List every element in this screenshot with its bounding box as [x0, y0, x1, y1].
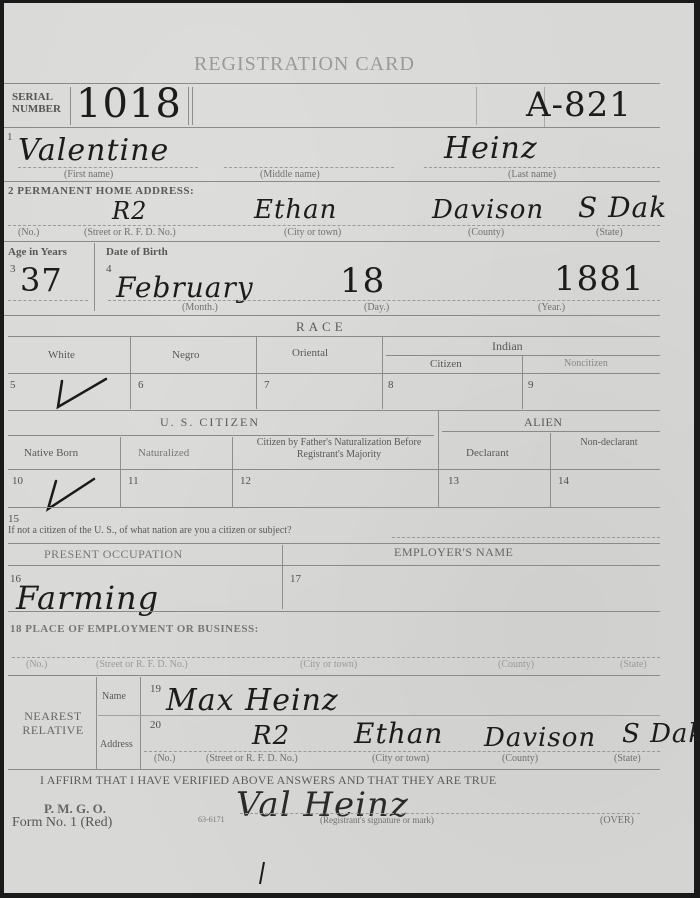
- race-col-indian-citizen: Citizen: [430, 358, 462, 370]
- alien-col-nondeclarant: Non-declarant: [574, 437, 644, 449]
- address-city-caption: (City or town): [284, 227, 341, 238]
- address-county-value: Davison: [432, 195, 544, 225]
- citizen-col-by-father: Citizen by Father's Naturalization Befor…: [244, 437, 434, 461]
- address-street-value: R2: [112, 197, 147, 225]
- registration-card: REGISTRATION CARD SERIAL NUMBER 1018 A-8…: [4, 3, 694, 893]
- age-label: Age in Years: [8, 246, 67, 258]
- race-col-negro: Negro: [172, 349, 200, 361]
- order-number-value: A-821: [526, 85, 632, 125]
- field-number-5: 5: [10, 379, 16, 391]
- field-number-10: 10: [12, 475, 23, 487]
- race-col-oriental: Oriental: [292, 347, 328, 359]
- first-name-value: Valentine: [18, 133, 169, 168]
- relative-street-value: R2: [252, 721, 290, 751]
- print-code: 63-6171: [198, 815, 225, 824]
- birth-day-caption: (Day.): [364, 302, 389, 313]
- relative-name-value: Max Heinz: [166, 683, 339, 718]
- field-number-12: 12: [240, 475, 251, 487]
- address-county-caption: (County): [468, 227, 504, 238]
- field-number-17: 17: [290, 573, 301, 585]
- last-name-value: Heinz: [444, 131, 538, 166]
- race-indian-heading: Indian: [492, 339, 523, 354]
- middle-name-caption: (Middle name): [260, 169, 320, 180]
- race-col-indian-noncitizen: Noncitizen: [564, 358, 608, 369]
- field-number-20: 20: [150, 719, 161, 731]
- citizen-col-native-born: Native Born: [24, 447, 78, 459]
- address-state-value: S Dak: [578, 191, 667, 224]
- relative-state-caption: (State): [614, 753, 641, 764]
- first-name-caption: (First name): [64, 169, 113, 180]
- relative-address-label: Address: [100, 739, 133, 750]
- nation-question: If not a citizen of the U. S., of what n…: [8, 525, 292, 536]
- address-state-caption: (State): [596, 227, 623, 238]
- relative-no-caption: (No.): [154, 753, 175, 764]
- serial-number-label: SERIAL NUMBER: [12, 91, 72, 115]
- signature-caption: (Registrant's signature or mark): [320, 815, 434, 825]
- field-number-11: 11: [128, 475, 139, 487]
- us-citizen-heading: U. S. CITIZEN: [160, 415, 260, 430]
- employment-state-caption: (State): [620, 659, 647, 670]
- form-number: Form No. 1 (Red): [12, 815, 112, 831]
- last-name-caption: (Last name): [508, 169, 556, 180]
- field-number-4: 4: [106, 263, 112, 275]
- occupation-heading: PRESENT OCCUPATION: [44, 547, 183, 562]
- card-title: REGISTRATION CARD: [194, 53, 415, 76]
- relative-county-value: Davison: [484, 723, 596, 753]
- race-heading: RACE: [296, 319, 347, 335]
- relative-street-caption: (Street or R. F. D. No.): [206, 753, 298, 764]
- race-col-white: White: [48, 349, 75, 361]
- field-number-3: 3: [10, 263, 16, 275]
- alien-heading: ALIEN: [524, 415, 563, 430]
- field-number-7: 7: [264, 379, 270, 391]
- employer-heading: EMPLOYER'S NAME: [394, 545, 513, 560]
- field-number-1: 1: [7, 131, 13, 143]
- alien-col-declarant: Declarant: [466, 447, 509, 459]
- relative-city-value: Ethan: [354, 717, 443, 750]
- address-city-value: Ethan: [254, 195, 337, 225]
- relative-name-label: Name: [102, 691, 126, 702]
- place-of-employment-label: 18 PLACE OF EMPLOYMENT OR BUSINESS:: [10, 623, 259, 635]
- birth-year-caption: (Year.): [538, 302, 565, 313]
- field-number-6: 6: [138, 379, 144, 391]
- pen-mark-icon: [254, 858, 274, 888]
- relative-state-value: S Dak: [622, 719, 700, 749]
- relative-county-caption: (County): [502, 753, 538, 764]
- over-label: (OVER): [600, 815, 634, 826]
- employment-street-caption: (Street or R. F. D. No.): [96, 659, 188, 670]
- birth-date-label: Date of Birth: [106, 246, 168, 258]
- address-no-caption: (No.): [18, 227, 39, 238]
- address-street-caption: (Street or R. F. D. No.): [84, 227, 176, 238]
- field-number-13: 13: [448, 475, 459, 487]
- serial-number-value: 1018: [76, 81, 182, 127]
- employment-county-caption: (County): [498, 659, 534, 670]
- field-number-8: 8: [388, 379, 394, 391]
- relative-city-caption: (City or town): [372, 753, 429, 764]
- birth-day-value: 18: [340, 261, 385, 301]
- birth-year-value: 1881: [554, 259, 645, 299]
- birth-month-caption: (Month.): [182, 302, 218, 313]
- age-value: 37: [20, 261, 63, 299]
- employment-no-caption: (No.): [26, 659, 47, 670]
- field-number-9: 9: [528, 379, 534, 391]
- citizen-col-naturalized: Naturalized: [138, 447, 189, 459]
- field-number-19: 19: [150, 683, 161, 695]
- field-number-14: 14: [558, 475, 569, 487]
- home-address-label: 2 PERMANENT HOME ADDRESS:: [8, 185, 194, 197]
- nearest-relative-label: NEAREST RELATIVE: [18, 709, 88, 737]
- employment-city-caption: (City or town): [300, 659, 357, 670]
- field-number-15: 15: [8, 513, 19, 525]
- white-checkmark-icon: [52, 373, 112, 413]
